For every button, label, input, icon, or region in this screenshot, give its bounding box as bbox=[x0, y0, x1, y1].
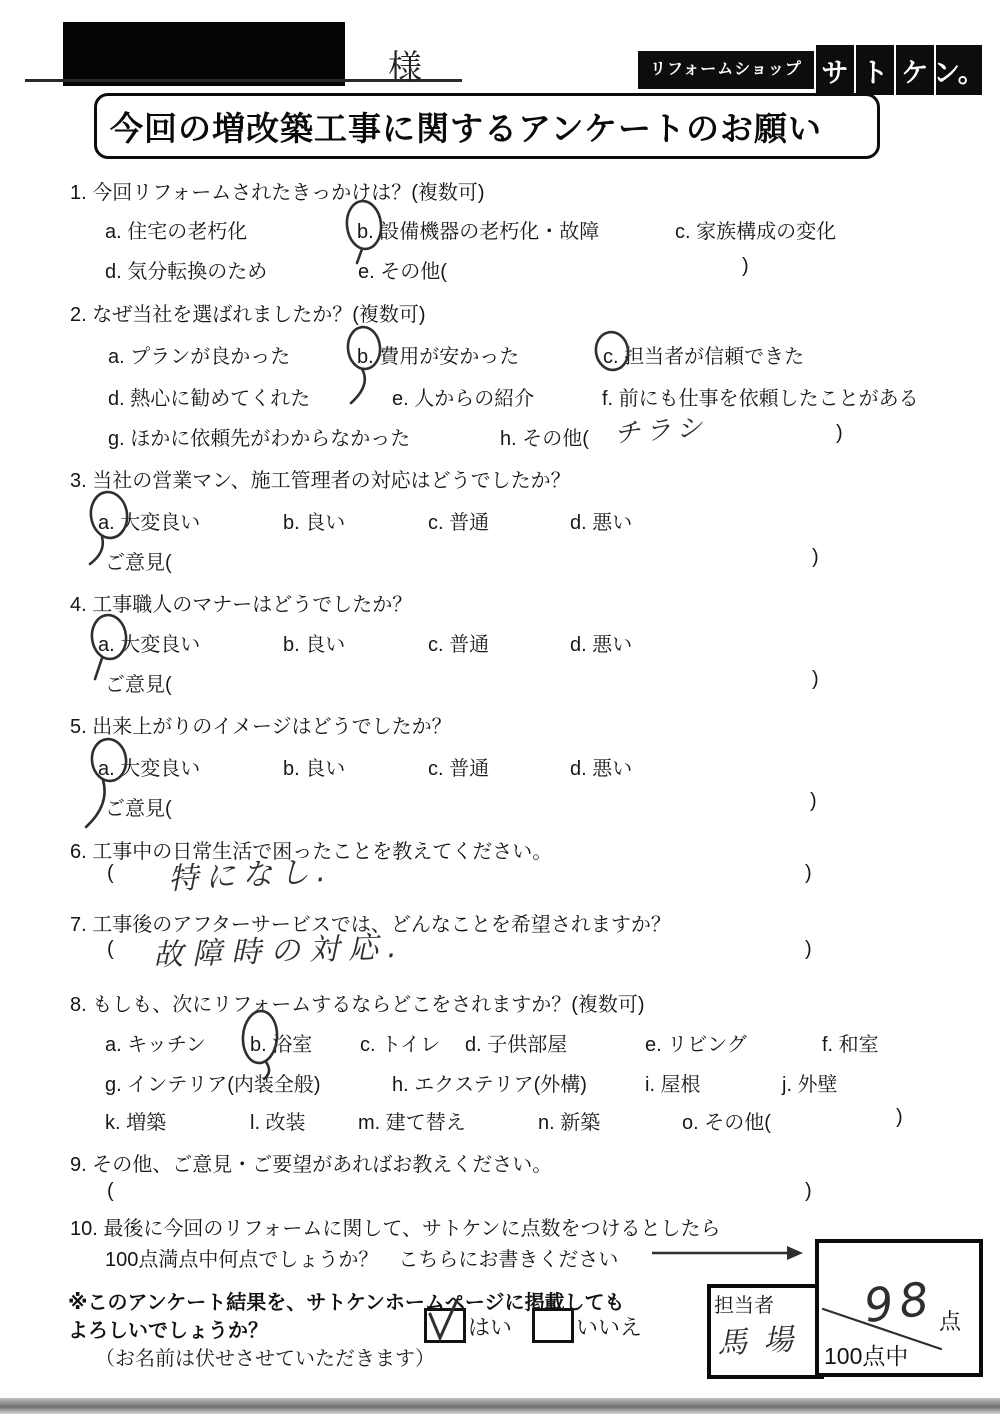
satoken-logo: リフォームショップ サ ト ケ ン。 bbox=[638, 45, 982, 95]
q1-option-c: c. 家族構成の変化 bbox=[675, 215, 836, 244]
q8-option-j: j. 外壁 bbox=[782, 1068, 838, 1097]
arrow-to-score-box bbox=[652, 1244, 804, 1262]
logo-char-sa: サ bbox=[816, 45, 854, 95]
q5-comment-close: ) bbox=[810, 790, 817, 813]
q9-paren-close: ) bbox=[805, 1180, 812, 1203]
q6-paren-close: ) bbox=[805, 862, 812, 885]
q8-option-k: k. 増築 bbox=[105, 1106, 166, 1135]
q3-option-b: b. 良い bbox=[283, 506, 345, 535]
q6-handwritten-answer: 特になし. bbox=[167, 846, 334, 899]
logo-char-ke: ケ bbox=[896, 45, 934, 95]
q4-comment-close: ) bbox=[812, 668, 819, 691]
q3-option-c: c. 普通 bbox=[428, 506, 489, 535]
q8-title: 8. もしも、次にリフォームするならどこをされますか？(複数可) bbox=[70, 988, 645, 1017]
q2-option-e: e. 人からの紹介 bbox=[392, 382, 534, 411]
q3-title: 3. 当社の営業マン、施工管理者の対応はどうでしたか？ bbox=[70, 464, 571, 493]
q8-option-c: c. トイレ bbox=[360, 1028, 440, 1057]
q8-option-f: f. 和室 bbox=[822, 1028, 879, 1057]
q1-title: 1. 今回リフォームされたきっかけは？(複数可) bbox=[70, 176, 485, 205]
q7-paren-open: ( bbox=[107, 938, 114, 961]
survey-page: 様 リフォームショップ サ ト ケ ン。 今回の増改築工事に関するアンケートのお… bbox=[0, 0, 1000, 1414]
q5-option-d: d. 悪い bbox=[570, 752, 632, 781]
logo-char-to: ト bbox=[856, 45, 894, 95]
q9-title: 9. その他、ご意見・ご要望があればお教えください。 bbox=[70, 1148, 552, 1177]
staff-name-handwritten: 馬場 bbox=[716, 1314, 810, 1363]
score-unit: 点 bbox=[939, 1305, 961, 1336]
handwritten-circle-q2-b bbox=[339, 323, 399, 415]
q1-option-a: a. 住宅の老朽化 bbox=[105, 215, 247, 244]
q8-option-l: l. 改装 bbox=[250, 1106, 306, 1135]
consent-note-line2: よろしいでしょうか？ bbox=[68, 1314, 268, 1343]
q2-paren-close: ) bbox=[836, 422, 843, 445]
q8-option-i: i. 屋根 bbox=[645, 1068, 701, 1097]
q2-option-a: a. プランが良かった bbox=[108, 340, 290, 369]
q1-paren-close: ) bbox=[742, 255, 749, 278]
q8-option-n: n. 新築 bbox=[538, 1106, 600, 1135]
score-denominator: 100点中 bbox=[824, 1338, 908, 1371]
honorific-sama: 様 bbox=[388, 40, 422, 89]
q2-handwritten-answer: チラシ bbox=[613, 407, 708, 450]
handwritten-circle-q4-a bbox=[82, 611, 140, 691]
logo-char-n: ン。 bbox=[936, 45, 982, 95]
q8-paren-close: ) bbox=[896, 1106, 903, 1129]
q8-option-o: o. その他( bbox=[682, 1106, 771, 1135]
q1-option-d: d. 気分転換のため bbox=[105, 255, 267, 284]
survey-title-box: 今回の増改築工事に関するアンケートのお願い bbox=[94, 93, 880, 159]
handwritten-circle-q8-b bbox=[233, 1006, 293, 1084]
q2-option-h: h. その他( bbox=[500, 422, 589, 451]
q9-paren-open: ( bbox=[107, 1180, 114, 1203]
survey-title: 今回の増改築工事に関するアンケートのお願い bbox=[97, 103, 822, 150]
q8-option-a: a. キッチン bbox=[105, 1028, 206, 1057]
handwritten-circle-q2-c bbox=[588, 327, 640, 379]
q3-comment-close: ) bbox=[812, 546, 819, 569]
score-box: 98 点 100点中 bbox=[815, 1239, 983, 1377]
q6-paren-open: ( bbox=[107, 862, 114, 885]
q2-option-g: g. ほかに依頼先がわからなかった bbox=[108, 422, 410, 451]
q10-line2: 100点満点中何点でしょうか？ こちらにお書きください bbox=[105, 1243, 618, 1272]
yes-label: はい bbox=[468, 1311, 512, 1342]
no-label: いいえ bbox=[576, 1311, 642, 1342]
handwritten-circle-q1-b bbox=[338, 197, 394, 269]
q3-option-d: d. 悪い bbox=[570, 506, 632, 535]
q4-option-c: c. 普通 bbox=[428, 628, 489, 657]
q8-option-h: h. エクステリア(外構) bbox=[392, 1068, 587, 1097]
q4-option-d: d. 悪い bbox=[570, 628, 632, 657]
handwritten-circle-q5-a bbox=[82, 735, 142, 835]
logo-shop-type: リフォームショップ bbox=[638, 51, 814, 89]
q2-option-f: f. 前にも仕事を依頼したことがある bbox=[602, 382, 919, 411]
no-checkbox bbox=[532, 1308, 574, 1343]
q7-paren-close: ) bbox=[805, 938, 812, 961]
staff-label: 担当者 bbox=[714, 1289, 774, 1318]
staff-box: 担当者 馬場 bbox=[707, 1284, 824, 1379]
q7-handwritten-answer: 故障時の対応. bbox=[152, 922, 406, 975]
q8-option-d: d. 子供部屋 bbox=[465, 1028, 567, 1057]
q8-option-e: e. リビング bbox=[645, 1028, 747, 1057]
q4-option-b: b. 良い bbox=[283, 628, 345, 657]
handwritten-check-mark bbox=[421, 1292, 471, 1346]
q8-option-m: m. 建て替え bbox=[358, 1106, 466, 1135]
q10-line1: 10. 最後に今回のリフォームに関して、サトケンに点数をつけるとしたら bbox=[70, 1212, 721, 1241]
q2-option-d: d. 熱心に勧めてくれた bbox=[108, 382, 310, 411]
scan-edge-artifact bbox=[0, 1398, 1000, 1414]
handwritten-circle-q3-a bbox=[82, 488, 142, 576]
privacy-note: （お名前は伏せさせていただきます） bbox=[95, 1342, 435, 1371]
q5-option-c: c. 普通 bbox=[428, 752, 489, 781]
redacted-customer-name bbox=[63, 22, 345, 86]
q5-option-b: b. 良い bbox=[283, 752, 345, 781]
